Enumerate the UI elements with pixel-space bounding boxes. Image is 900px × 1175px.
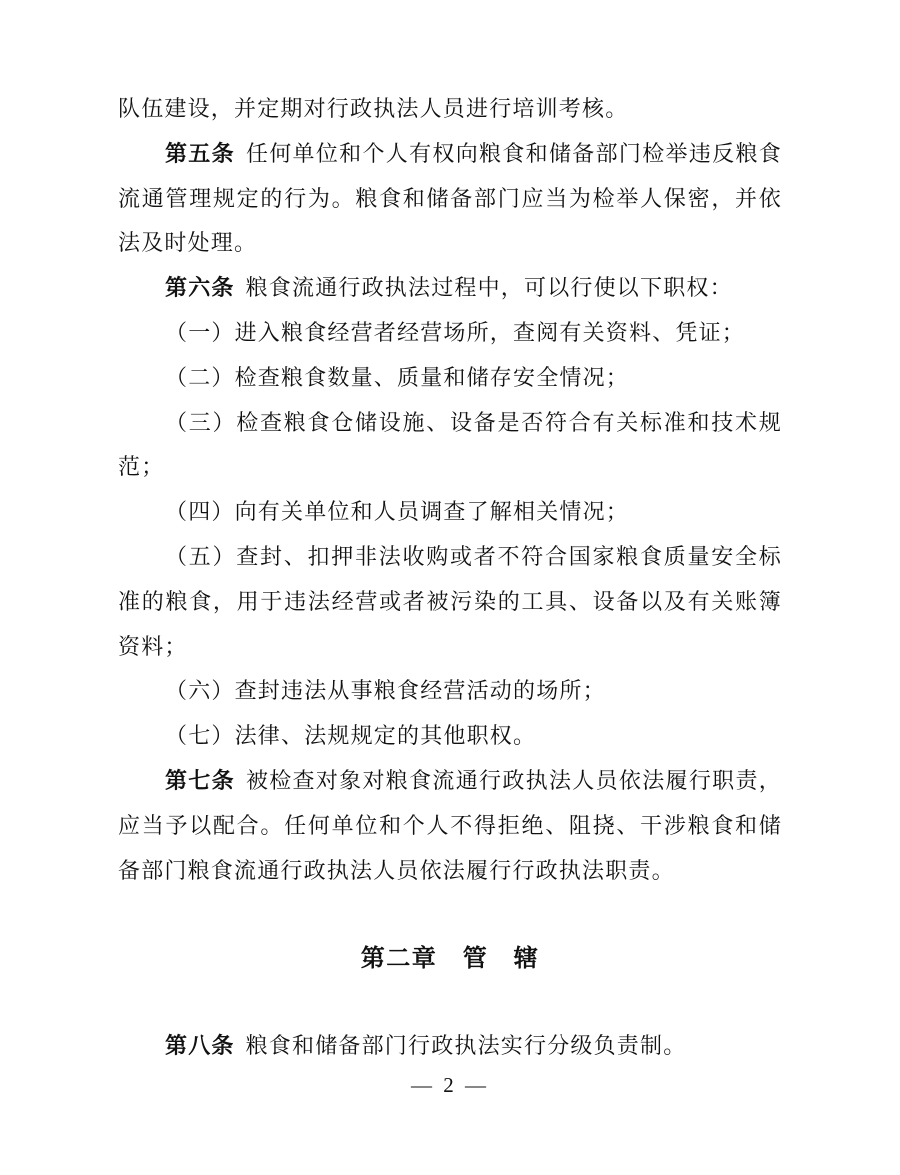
article-5-paragraph: 第五条任何单位和个人有权向粮食和储备部门检举违反粮食流通管理规定的行为。粮食和储… (118, 132, 782, 266)
clause-item-7: （七）法律、法规规定的其他职权。 (118, 714, 782, 759)
para-text: （二）检查粮食数量、质量和储存安全情况； (165, 365, 629, 390)
article-8-lead: 第八条 (165, 1033, 235, 1058)
chapter-2-heading: 第二章 管 辖 (118, 937, 782, 982)
para-text: 队伍建设，并定期对行政执法人员进行培训考核。 (118, 96, 628, 121)
para-text: （五）查封、扣押非法收购或者不符合国家粮食质量安全标准的粮食，用于违法经营或者被… (118, 544, 782, 659)
clause-item-6: （六）查封违法从事粮食经营活动的场所； (118, 669, 782, 714)
para-text: 粮食和储备部门行政执法实行分级负责制。 (246, 1033, 687, 1058)
para-text: （一）进入粮食经营者经营场所，查阅有关资料、凭证； (165, 320, 745, 345)
clause-item-1: （一）进入粮食经营者经营场所，查阅有关资料、凭证； (118, 311, 782, 356)
article-8-paragraph: 第八条粮食和储备部门行政执法实行分级负责制。 (118, 1024, 782, 1069)
document-page: 队伍建设，并定期对行政执法人员进行培训考核。 第五条任何单位和个人有权向粮食和储… (0, 0, 900, 1175)
para-continuation: 队伍建设，并定期对行政执法人员进行培训考核。 (118, 87, 782, 132)
article-6-lead: 第六条 (165, 275, 235, 300)
para-text: （六）查封违法从事粮食经营活动的场所； (165, 678, 606, 703)
article-7-paragraph: 第七条被检查对象对粮食流通行政执法人员依法履行职责，应当予以配合。任何单位和个人… (118, 759, 782, 893)
clause-item-5: （五）查封、扣押非法收购或者不符合国家粮食质量安全标准的粮食，用于违法经营或者被… (118, 535, 782, 669)
document-body: 队伍建设，并定期对行政执法人员进行培训考核。 第五条任何单位和个人有权向粮食和储… (118, 87, 782, 1069)
page-number: — 2 — (0, 1070, 900, 1100)
para-text: （七）法律、法规规定的其他职权。 (165, 723, 536, 748)
article-5-lead: 第五条 (165, 141, 235, 166)
para-text: （四）向有关单位和人员调查了解相关情况； (165, 499, 629, 524)
para-text: 粮食流通行政执法过程中，可以行使以下职权： (246, 275, 733, 300)
para-text: （三）检查粮食仓储设施、设备是否符合有关标准和技术规范； (118, 410, 782, 480)
article-7-lead: 第七条 (165, 768, 235, 793)
clause-item-4: （四）向有关单位和人员调查了解相关情况； (118, 490, 782, 535)
clause-item-3: （三）检查粮食仓储设施、设备是否符合有关标准和技术规范； (118, 401, 782, 491)
article-6-paragraph: 第六条粮食流通行政执法过程中，可以行使以下职权： (118, 266, 782, 311)
clause-item-2: （二）检查粮食数量、质量和储存安全情况； (118, 356, 782, 401)
